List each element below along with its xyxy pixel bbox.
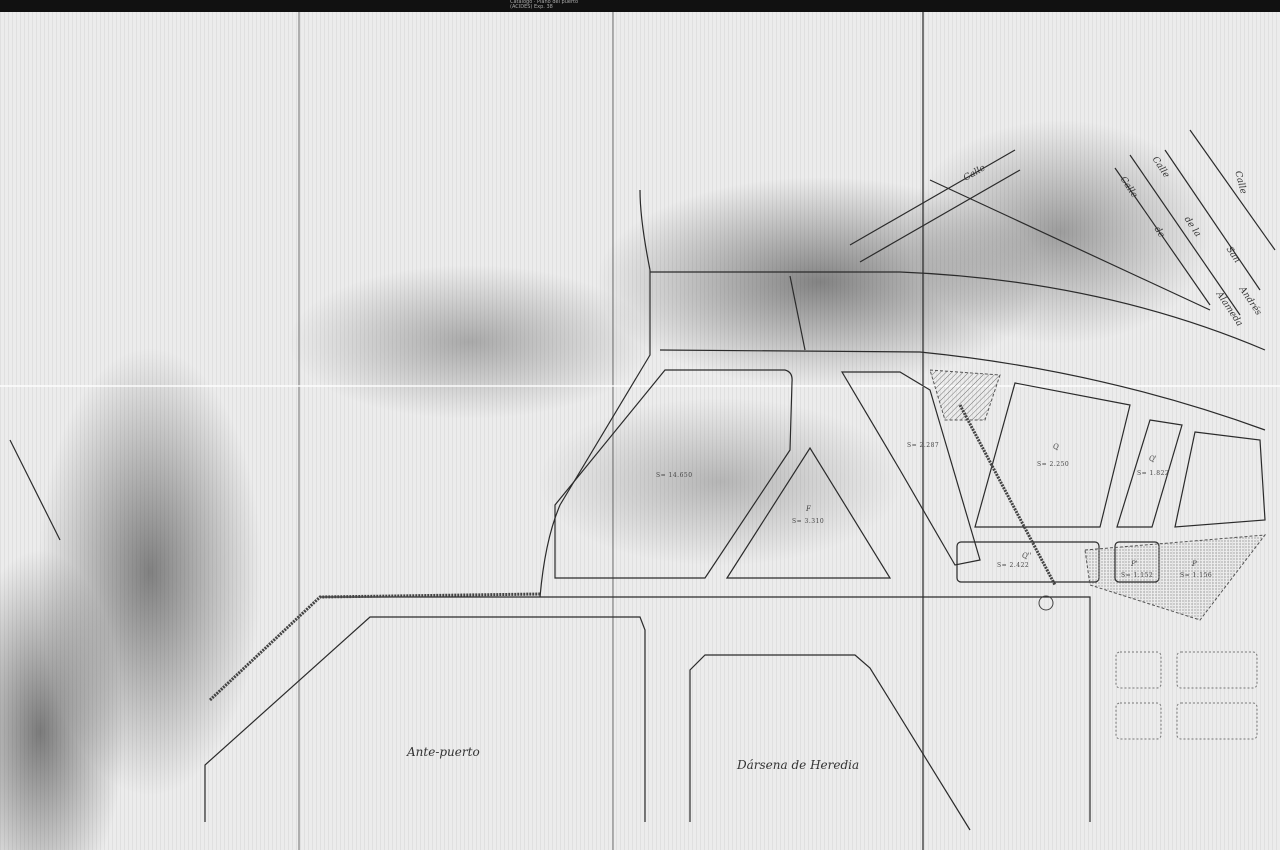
road xyxy=(650,272,1265,350)
block-area: S= 2.422 xyxy=(997,562,1029,569)
block-area: S= 3.310 xyxy=(792,518,824,525)
block-area: S= 1.156 xyxy=(1180,572,1212,579)
road xyxy=(790,276,805,350)
quay-line xyxy=(320,597,1090,822)
map-linework xyxy=(0,0,1280,850)
block-id: Q'' xyxy=(1022,552,1032,560)
street-line xyxy=(860,170,1020,262)
block-id: P' xyxy=(1131,560,1138,568)
darsena-heredia-label: Dársena de Heredia xyxy=(737,758,859,772)
block-outline xyxy=(727,448,890,578)
block-id: Q xyxy=(1053,443,1059,451)
block-area: S= 2.287 xyxy=(907,442,939,449)
block-area: S= 1.822 xyxy=(1137,470,1169,477)
block-id: F xyxy=(806,505,811,513)
darsena-outline xyxy=(690,655,970,830)
street-line xyxy=(1165,150,1260,290)
street-line xyxy=(1190,130,1275,250)
railway-line xyxy=(960,405,1055,585)
block-area: S= 1.152 xyxy=(1121,572,1153,579)
ante-puerto-outline xyxy=(205,617,645,822)
block-id: Q' xyxy=(1149,455,1157,463)
block-area: S= 14.650 xyxy=(656,472,693,479)
hatched-parcel xyxy=(1085,535,1265,620)
hatched-parcel xyxy=(930,370,1000,420)
block-area: S= 2.250 xyxy=(1037,461,1069,468)
ante-puerto-label: Ante-puerto xyxy=(407,745,480,759)
block-id: P xyxy=(1192,560,1197,568)
block-outline xyxy=(975,383,1130,527)
street-line xyxy=(850,150,1015,245)
quay-edge xyxy=(540,270,650,597)
quay-edge xyxy=(640,190,650,270)
block-outline xyxy=(1175,432,1265,527)
shoreline xyxy=(10,440,60,540)
turntable xyxy=(1039,596,1053,610)
railway-line xyxy=(210,594,540,700)
